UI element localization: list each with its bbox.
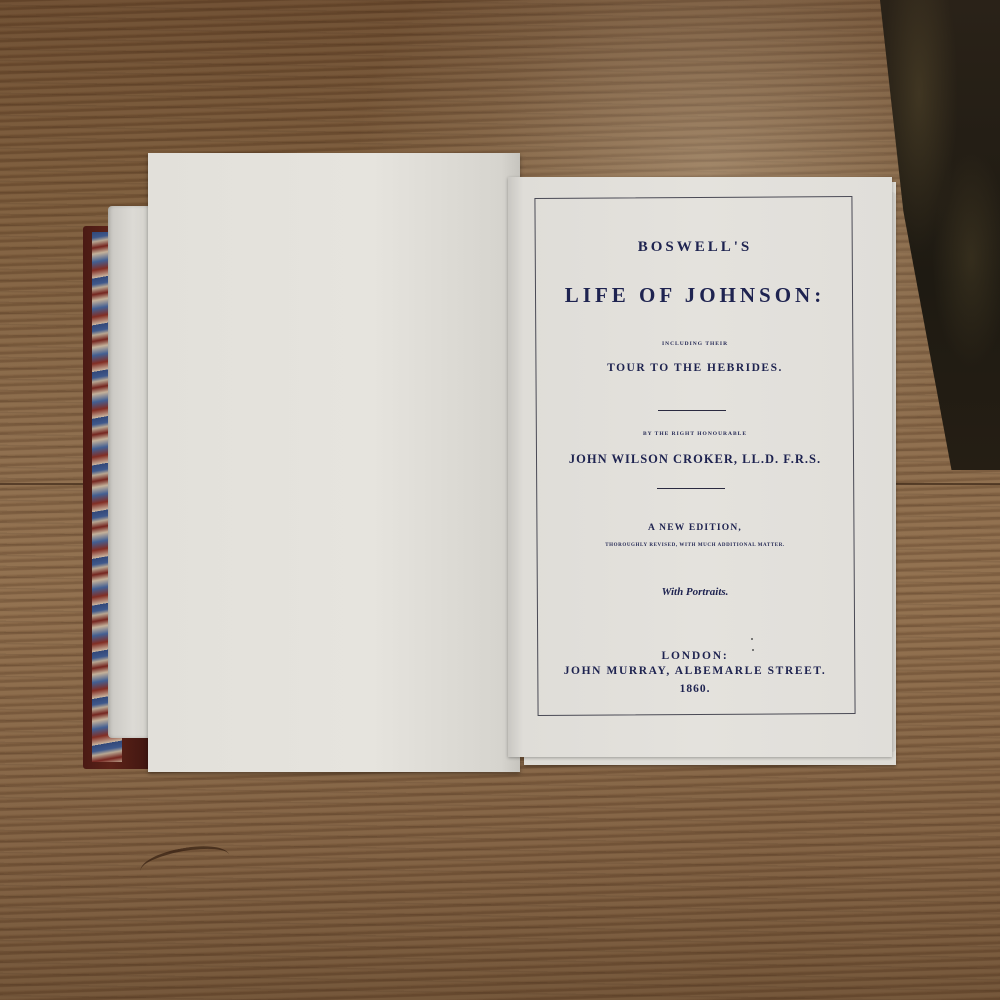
subtitle-including: INCLUDING THEIR [536,341,854,347]
title-boswell: BOSWELL'S [536,239,854,256]
imprint-publisher: JOHN MURRAY, ALBEMARLE STREET. [536,665,854,677]
foxing-speck [752,649,754,651]
foxing-speck [751,638,753,640]
by-line: BY THE RIGHT HONOURABLE [536,431,854,437]
imprint-year: 1860. [536,683,854,695]
portraits-line: With Portraits. [536,586,854,598]
subtitle-tour: TOUR TO THE HEBRIDES. [536,362,854,374]
author-name: JOHN WILSON CROKER, LL.D. F.R.S. [536,452,854,467]
left-blank-page [148,153,520,772]
revised-line: THOROUGHLY REVISED, WITH MUCH ADDITIONAL… [536,543,854,548]
divider-rule [657,488,725,489]
title-main: LIFE OF JOHNSON: [536,283,854,308]
divider-rule [658,410,726,411]
edition-line: A NEW EDITION, [536,523,854,533]
imprint-city: LONDON: [536,650,854,662]
